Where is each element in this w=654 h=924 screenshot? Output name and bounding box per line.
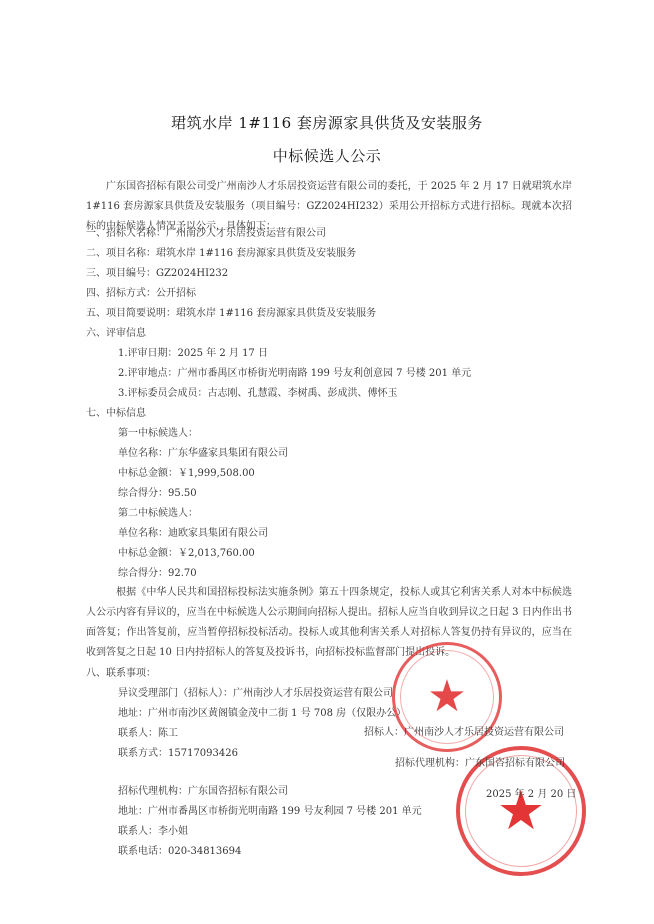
document-subtitle: 中标候选人公示	[0, 145, 654, 166]
item-tenderer-name: 一、招标人名称：广州南沙人才乐居投资运营有限公司	[86, 227, 326, 241]
item-project-description: 五、项目简要说明：珺筑水岸 1#116 套房源家具供货及安装服务	[86, 307, 376, 321]
review-date: 1.评审日期：2025 年 2 月 17 日	[118, 347, 268, 361]
review-location: 2.评审地点：广州市番禺区市桥街光明南路 199 号友利创意园 7 号楼 201…	[118, 367, 471, 381]
agency-name: 招标代理机构：广东国咨招标有限公司	[118, 785, 288, 799]
candidate2-score: 综合得分：92.70	[118, 567, 197, 581]
section-bid-info-heading: 七、中标信息	[86, 407, 146, 421]
document-title: 珺筑水岸 1#116 套房源家具供货及安装服务	[0, 112, 654, 133]
item-tender-method: 四、招标方式：公开招标	[86, 287, 196, 301]
signature-tenderer: 招标人：广州南沙人才乐居投资运营有限公司	[364, 726, 564, 740]
candidate1-amount: 中标总金额：￥1,999,508.00	[118, 467, 255, 481]
item-review-info-heading: 六、评审信息	[86, 327, 146, 341]
seal-star-icon: ★	[427, 675, 466, 719]
signature-date: 2025 年 2 月 20 日	[486, 788, 576, 802]
candidate2-label: 第二中标候选人：	[118, 507, 198, 521]
candidate2-amount: 中标总金额：￥2,013,760.00	[118, 547, 255, 561]
item-project-number: 三、项目编号：GZ2024HI232	[86, 267, 228, 281]
candidate1-name: 单位名称：广东华盛家具集团有限公司	[118, 447, 288, 461]
signature-agency: 招标代理机构：广东国咨招标有限公司	[395, 757, 565, 771]
tenderer-phone: 联系方式：15717093426	[118, 747, 238, 761]
section-contact-heading: 八、联系事项：	[86, 667, 156, 681]
tenderer-contact-person: 联系人：陈工	[118, 727, 178, 741]
review-committee: 3.评标委员会成员：古志刚、孔慧霞、李树禹、彭成洪、傅怀玉	[118, 387, 398, 401]
candidate1-label: 第一中标候选人：	[118, 427, 198, 441]
item-project-name: 二、项目名称：珺筑水岸 1#116 套房源家具供货及安装服务	[86, 247, 356, 261]
agency-contact-person: 联系人：李小姐	[118, 825, 188, 839]
agency-phone: 联系电话：020-34813694	[118, 845, 241, 859]
candidate1-score: 综合得分：95.50	[118, 487, 197, 501]
candidate2-name: 单位名称：迪欧家具集团有限公司	[118, 527, 268, 541]
agency-address: 地址：广州市番禺区市桥街光明南路 199 号友利园 7 号楼 201 单元	[118, 805, 422, 819]
document-page: 珺筑水岸 1#116 套房源家具供货及安装服务 中标候选人公示 广东国咨招标有限…	[0, 0, 654, 924]
tenderer-address: 地址：广州市南沙区黄阁镇金茂中二街 1 号 708 房（仅限办公）	[118, 707, 406, 721]
objection-department: 异议受理部门（招标人）：广州南沙人才乐居投资运营有限公司	[118, 687, 393, 701]
legal-notice-paragraph: 根据《中华人民共和国招标投标法实施条例》第五十四条规定，投标人或其它利害关系人对…	[86, 583, 572, 663]
